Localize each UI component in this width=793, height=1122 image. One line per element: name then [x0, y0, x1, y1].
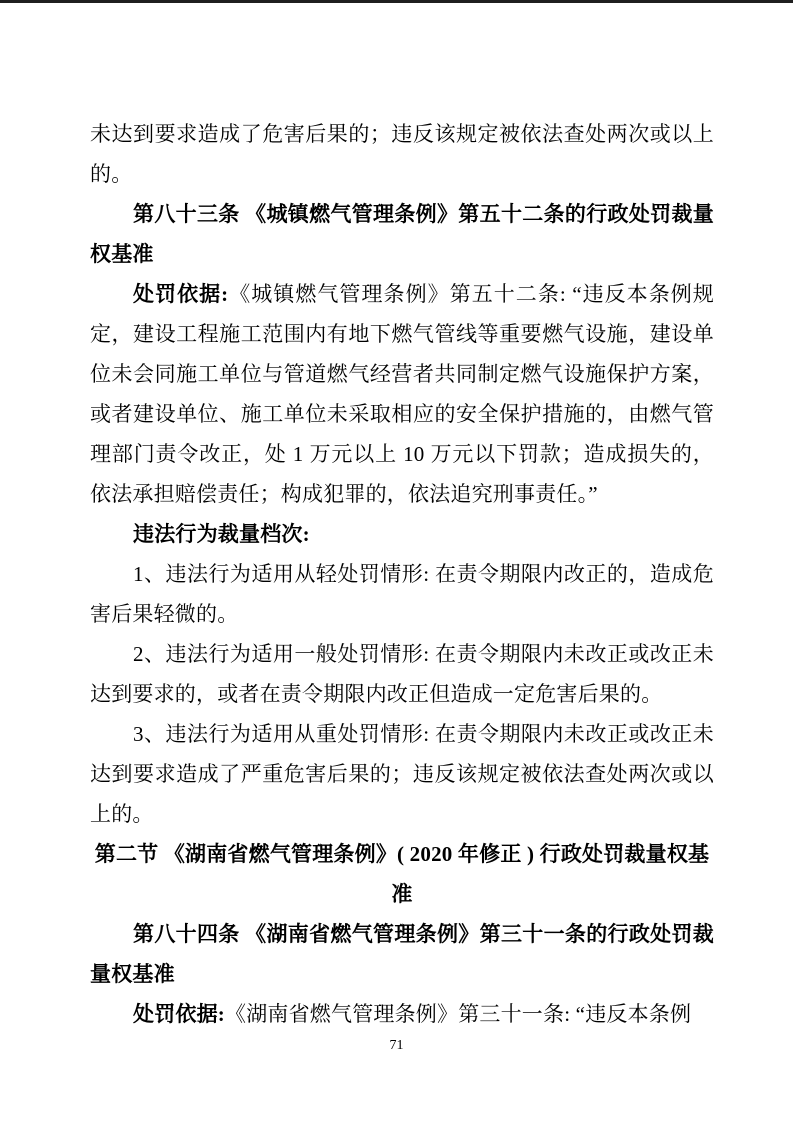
- paragraph: 1、违法行为适用从轻处罚情形: 在责令期限内改正的，造成危害后果轻微的。: [90, 554, 714, 634]
- paragraph: 2、违法行为适用一般处罚情形: 在责令期限内未改正或改正未达到要求的，或者在责令…: [90, 634, 714, 714]
- paragraph: 3、违法行为适用从重处罚情形: 在责令期限内未改正或改正未达到要求造成了严重危害…: [90, 714, 714, 834]
- article-heading: 第八十三条 《城镇燃气管理条例》第五十二条的行政处罚裁量权基准: [90, 194, 714, 274]
- article-heading: 违法行为裁量档次:: [90, 514, 714, 554]
- paragraph-text: 《城镇燃气管理条例》第五十二条: “违反本条例规定，建设工程施工范围内有地下燃气…: [90, 282, 714, 506]
- paragraph: 未达到要求造成了危害后果的；违反该规定被依法查处两次或以上的。: [90, 114, 714, 194]
- paragraph-lead: 处罚依据:: [133, 282, 228, 306]
- document-body: 未达到要求造成了危害后果的；违反该规定被依法查处两次或以上的。第八十三条 《城镇…: [90, 114, 714, 1034]
- paragraph-text: 《湖南省燃气管理条例》第三十一条: “违反本条例: [225, 1002, 691, 1026]
- paragraph: 处罚依据:《城镇燃气管理条例》第五十二条: “违反本条例规定，建设工程施工范围内…: [90, 274, 714, 514]
- section-heading: 第二节 《湖南省燃气管理条例》( 2020 年修正 ) 行政处罚裁量权基准: [90, 834, 714, 914]
- paragraph-lead: 处罚依据:: [133, 1002, 225, 1026]
- document-page: 未达到要求造成了危害后果的；违反该规定被依法查处两次或以上的。第八十三条 《城镇…: [0, 0, 793, 1122]
- page-top-edge: [0, 0, 793, 3]
- paragraph: 处罚依据:《湖南省燃气管理条例》第三十一条: “违反本条例: [90, 994, 714, 1034]
- article-heading: 第八十四条 《湖南省燃气管理条例》第三十一条的行政处罚裁量权基准: [90, 914, 714, 994]
- page-number: 71: [0, 1036, 793, 1056]
